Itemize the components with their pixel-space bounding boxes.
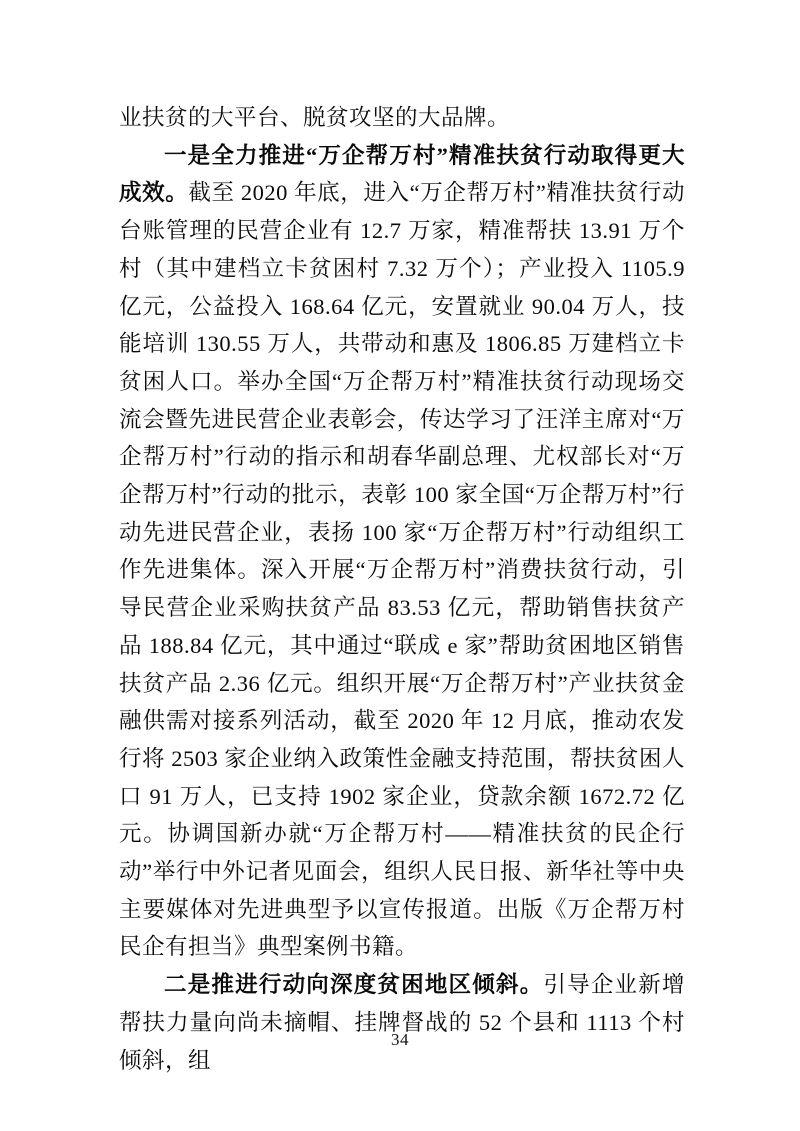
document-page: 业扶贫的大平台、脱贫攻坚的大品牌。 一是全力推进“万企帮万村”精准扶贫行动取得更…: [0, 0, 800, 1131]
paragraph-2: 二是推进行动向深度贫困地区倾斜。引导企业新增帮扶力量向尚未摘帽、挂牌督战的 52…: [119, 966, 685, 1079]
paragraph-continuation-text: 业扶贫的大平台、脱贫攻坚的大品牌。: [119, 105, 510, 130]
paragraph-2-bold-lead: 二是推进行动向深度贫困地区倾斜。: [164, 972, 543, 997]
paragraph-continuation: 业扶贫的大平台、脱贫攻坚的大品牌。: [119, 99, 685, 137]
paragraph-1: 一是全力推进“万企帮万村”精准扶贫行动取得更大成效。截至 2020 年底，进入“…: [119, 137, 685, 966]
document-text-block: 业扶贫的大平台、脱贫攻坚的大品牌。 一是全力推进“万企帮万村”精准扶贫行动取得更…: [119, 99, 685, 1079]
page-number: 34: [0, 1029, 800, 1051]
paragraph-1-body-text: 截至 2020 年底，进入“万企帮万村”精准扶贫行动台账管理的民营企业有 12.…: [119, 180, 685, 959]
